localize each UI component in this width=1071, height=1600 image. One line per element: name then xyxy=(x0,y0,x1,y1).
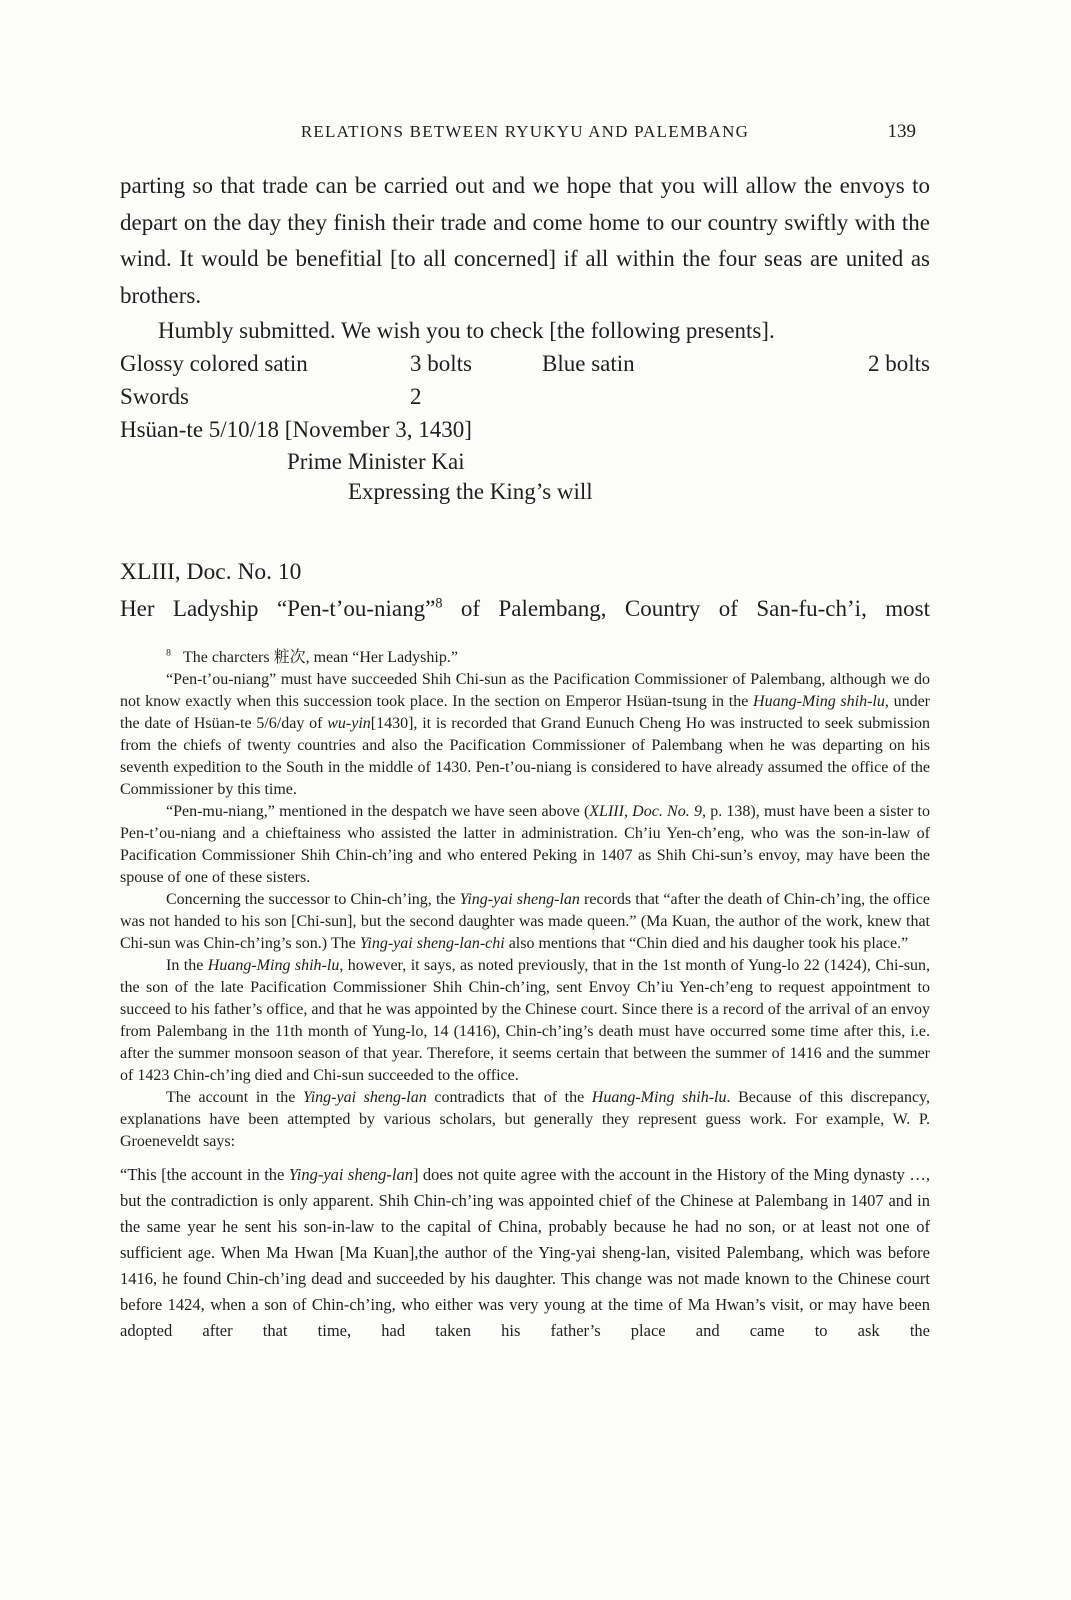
section-heading: XLIII, Doc. No. 10 xyxy=(120,557,930,587)
date-line: Hsüan-te 5/10/18 [November 3, 1430] xyxy=(120,413,930,447)
table-row: Swords 2 xyxy=(120,381,930,414)
section-opening-line: Her Ladyship “Pen-t’ou-niang”8 of Palemb… xyxy=(120,593,930,625)
present-quantity xyxy=(838,381,930,414)
present-item xyxy=(542,381,838,414)
present-quantity: 2 bolts xyxy=(838,348,930,381)
main-text-block: parting so that trade can be carried out… xyxy=(120,168,930,625)
present-item: Blue satin xyxy=(542,348,838,381)
footnote-paragraph: The account in the Ying-yai sheng-lan co… xyxy=(120,1087,930,1153)
present-quantity: 3 bolts xyxy=(410,348,542,381)
footnote-paragraph: Concerning the successor to Chin-ch’ing,… xyxy=(120,889,930,955)
present-item: Swords xyxy=(120,381,410,414)
footnote-quotation: “This [the account in the Ying-yai sheng… xyxy=(120,1162,930,1344)
footnote-block: 8 The charcters 粧次, mean “Her Ladyship.”… xyxy=(120,647,930,1344)
page-number: 139 xyxy=(888,121,917,143)
presents-table: Glossy colored satin 3 bolts Blue satin … xyxy=(120,348,930,413)
footnote-paragraph: “Pen-mu-niang,” mentioned in the despatc… xyxy=(120,801,930,889)
present-item: Glossy colored satin xyxy=(120,348,410,381)
signature-minister: Prime Minister Kai xyxy=(287,447,930,477)
footnote-note-line: 8 The charcters 粧次, mean “Her Ladyship.” xyxy=(120,647,930,669)
signature-expressing: Expressing the King’s will xyxy=(348,477,930,507)
page-header: RELATIONS BETWEEN RYUKYU AND PALEMBANG 1… xyxy=(120,122,930,144)
body-paragraph-continuation: parting so that trade can be carried out… xyxy=(120,168,930,314)
footnote-paragraph: “Pen-t’ou-niang” must have succeeded Shi… xyxy=(120,669,930,801)
scanned-book-page: RELATIONS BETWEEN RYUKYU AND PALEMBANG 1… xyxy=(0,0,1071,1600)
present-quantity: 2 xyxy=(410,381,542,414)
footnote-paragraph: In the Huang-Ming shih-lu, however, it s… xyxy=(120,955,930,1087)
submission-line: Humbly submitted. We wish you to check [… xyxy=(120,314,930,348)
running-title: RELATIONS BETWEEN RYUKYU AND PALEMBANG xyxy=(120,122,930,142)
table-row: Glossy colored satin 3 bolts Blue satin … xyxy=(120,348,930,381)
